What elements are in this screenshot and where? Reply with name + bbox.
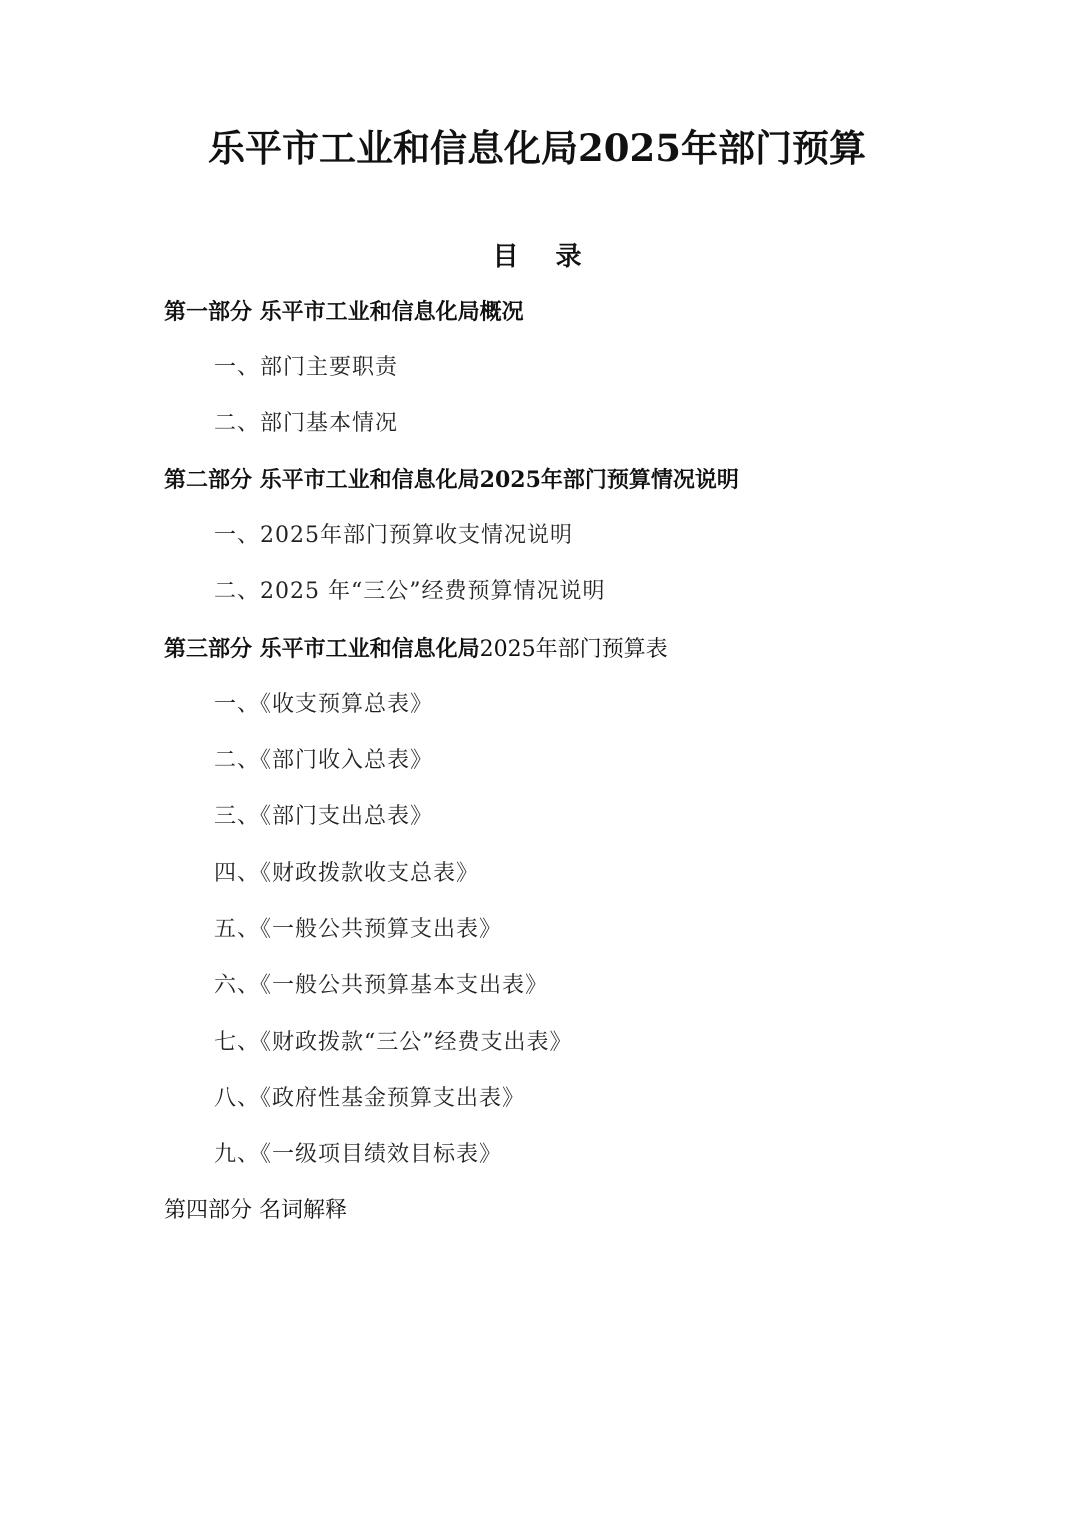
toc-part-label: 第一部分 乐平市工业和信息化局概况: [164, 299, 524, 325]
toc-item[interactable]: 七、《财政拨款“三公”经费支出表》: [214, 1025, 573, 1061]
toc-item[interactable]: 二、《部门收入总表》: [214, 743, 433, 779]
toc-item[interactable]: 一、《收支预算总表》: [214, 687, 433, 723]
toc-part-label: 第三部分 乐平市工业和信息化局: [164, 636, 480, 662]
toc-part-label: 第四部分 名词解释: [164, 1198, 347, 1223]
toc-part-3[interactable]: 第三部分 乐平市工业和信息化局2025年部门预算表: [164, 631, 668, 668]
toc-item[interactable]: 四、《财政拨款收支总表》: [214, 856, 479, 892]
document-title: 乐平市工业和信息化局2025年部门预算: [0, 118, 1074, 172]
toc-part-1[interactable]: 第一部分 乐平市工业和信息化局概况: [164, 294, 524, 331]
toc-part-label-suffix: 2025年部门预算表: [480, 637, 668, 662]
toc-item[interactable]: 一、部门主要职责: [214, 350, 398, 386]
toc-item[interactable]: 八、《政府性基金预算支出表》: [214, 1081, 525, 1117]
toc-item[interactable]: 九、《一级项目绩效目标表》: [214, 1137, 502, 1173]
toc-item[interactable]: 六、《一般公共预算基本支出表》: [214, 968, 548, 1004]
toc-part-label: 第二部分 乐平市工业和信息化局2025年部门预算情况说明: [164, 467, 739, 493]
toc-part-2[interactable]: 第二部分 乐平市工业和信息化局2025年部门预算情况说明: [164, 462, 739, 499]
toc-part-4[interactable]: 第四部分 名词解释: [164, 1193, 347, 1229]
toc-item[interactable]: 五、《一般公共预算支出表》: [214, 912, 502, 948]
toc-heading: 目 录: [0, 236, 1074, 273]
toc-item[interactable]: 一、2025年部门预算收支情况说明: [214, 518, 573, 554]
toc-item[interactable]: 二、部门基本情况: [214, 406, 398, 442]
toc-item[interactable]: 三、《部门支出总表》: [214, 799, 433, 835]
toc-item[interactable]: 二、2025 年“三公”经费预算情况说明: [214, 574, 605, 610]
